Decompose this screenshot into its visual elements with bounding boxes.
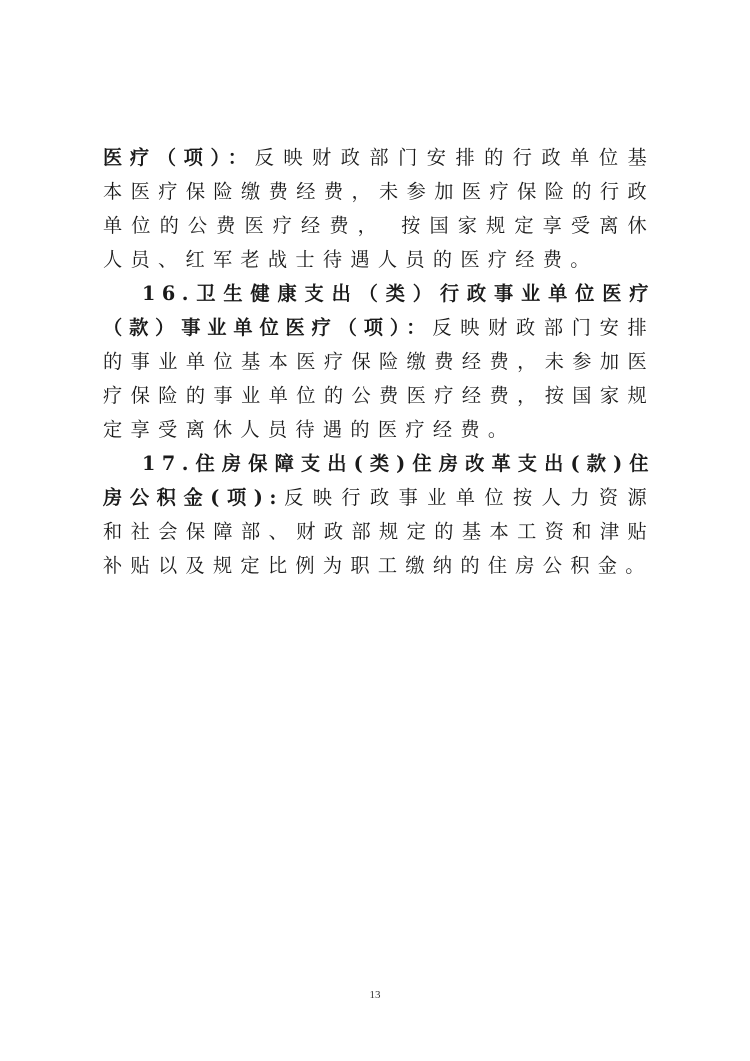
paragraph-17: 17.住房保障支出(类)住房改革支出(款)住房公积金(项):反映行政事业单位按人… — [103, 447, 655, 583]
paragraph-15-continuation: 医疗（项）：反映财政部门安排的行政单位基本医疗保险缴费经费，未参加医疗保险的行政… — [103, 141, 655, 277]
paragraph-16: 16.卫生健康支出（类）行政事业单位医疗（款）事业单位医疗（项）：反映财政部门安… — [103, 277, 655, 447]
page-number: 13 — [0, 989, 750, 1001]
document-body: 医疗（项）：反映财政部门安排的行政单位基本医疗保险缴费经费，未参加医疗保险的行政… — [103, 141, 655, 583]
item-heading: 医疗（项）： — [103, 146, 255, 169]
